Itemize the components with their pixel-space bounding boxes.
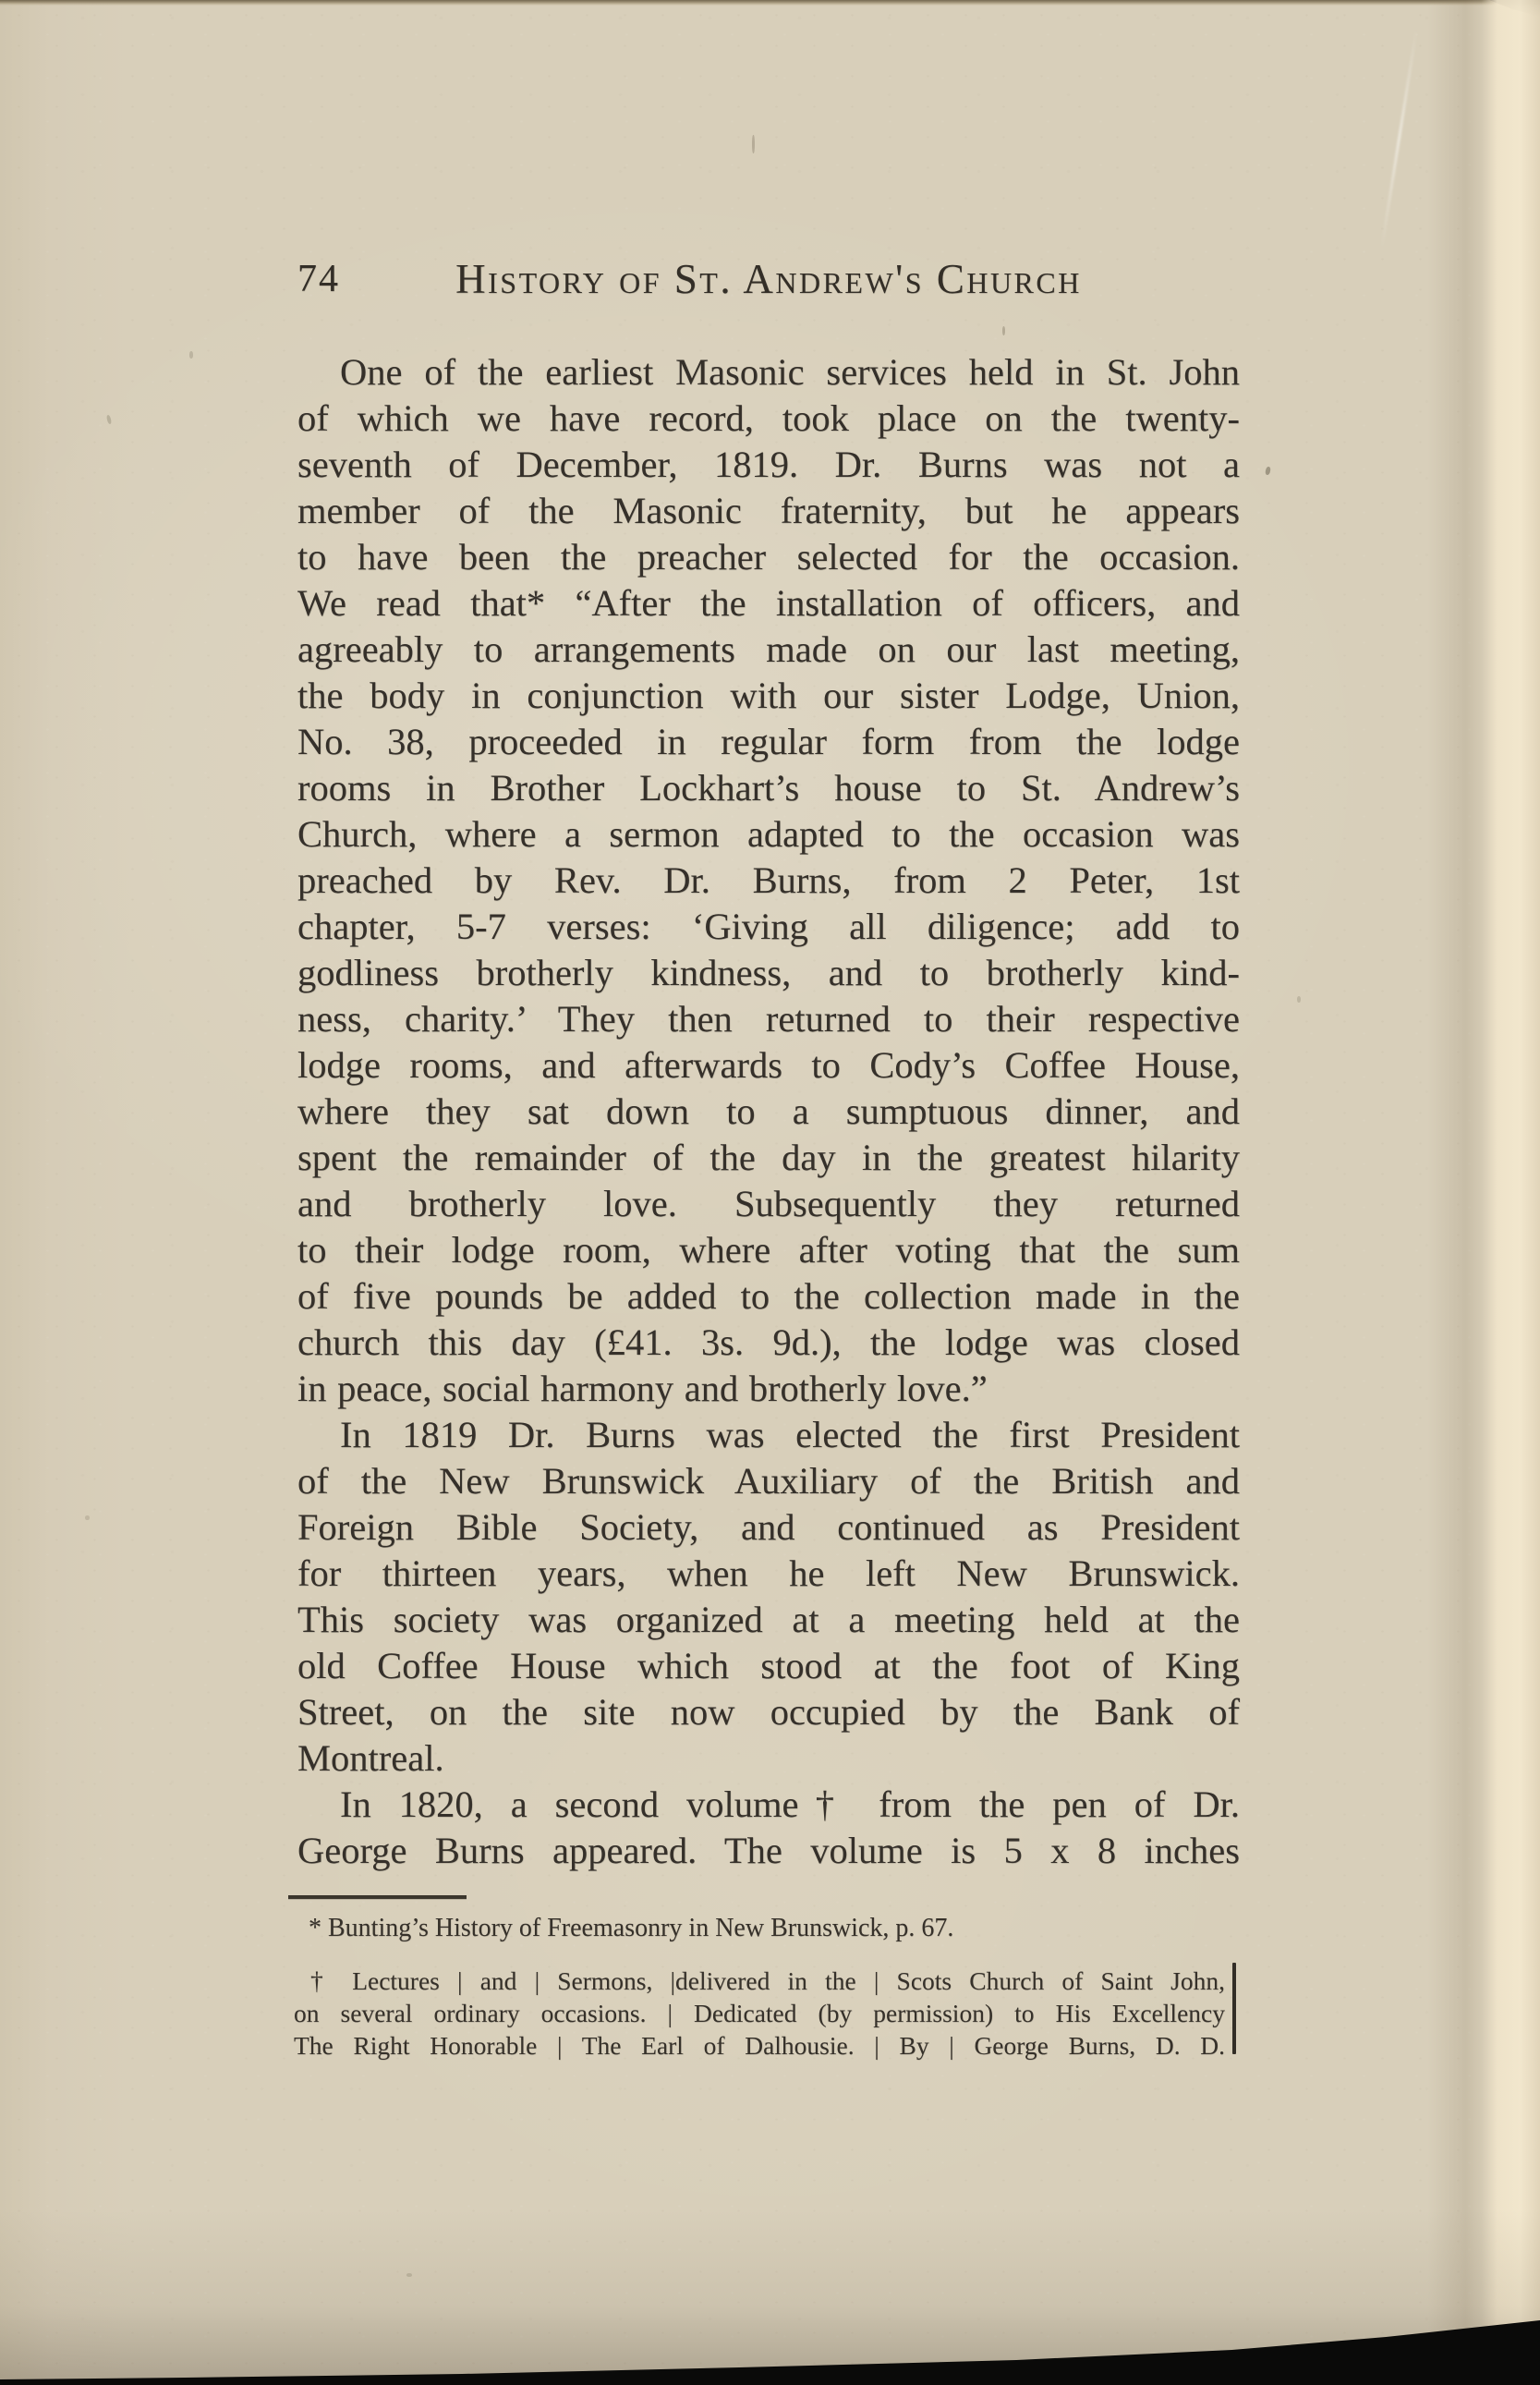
scanned-book-page: 74 History of St. Andrew's Church One of… bbox=[0, 0, 1540, 2385]
body-line: church this day (£41. 3s. 9d.), the lodg… bbox=[297, 1320, 1240, 1366]
body-line: chapter, 5-7 verses: ‘Giving all diligen… bbox=[297, 904, 1240, 950]
body-line: ness, charity.’ They then returned to th… bbox=[297, 996, 1240, 1042]
page-curl-edge bbox=[1427, 0, 1540, 2385]
footnote-2-line: The Right Honorable | The Earl of Dalhou… bbox=[294, 2029, 1225, 2062]
body-line: preached by Rev. Dr. Burns, from 2 Peter… bbox=[297, 858, 1240, 904]
body-line: of which we have record, took place on t… bbox=[297, 395, 1240, 442]
body-line: spent the remainder of the day in the gr… bbox=[297, 1135, 1240, 1181]
body-line: We read that* “After the installation of… bbox=[297, 580, 1240, 627]
body-line: and brotherly love. Subsequently they re… bbox=[297, 1181, 1240, 1227]
body-line: to their lodge room, where after voting … bbox=[297, 1227, 1240, 1273]
scan-speck bbox=[752, 135, 755, 153]
body-line: No. 38, proceeded in regular form from t… bbox=[297, 719, 1240, 765]
footnote-title-page-bar bbox=[1232, 1963, 1236, 2054]
scan-speck bbox=[1002, 326, 1005, 335]
body-line: of five pounds be added to the collectio… bbox=[297, 1273, 1240, 1320]
body-line: In 1820, a second volume† from the pen o… bbox=[297, 1782, 1240, 1828]
footnote-2-line: on several ordinary occasions. | Dedicat… bbox=[294, 1997, 1225, 2029]
body-line: seventh of December, 1819. Dr. Burns was… bbox=[297, 442, 1240, 488]
page-header: 74 History of St. Andrew's Church bbox=[297, 257, 1240, 301]
footnote-2-line: † Lectures | and | Sermons, |delivered i… bbox=[294, 1965, 1225, 1997]
body-line: in peace, social harmony and brotherly l… bbox=[297, 1366, 1240, 1412]
body-line: agreeably to arrangements made on our la… bbox=[297, 627, 1240, 673]
scan-speck bbox=[189, 351, 193, 359]
body-line: George Burns appeared. The volume is 5 x… bbox=[297, 1828, 1240, 1874]
body-line: In 1819 Dr. Burns was elected the first … bbox=[297, 1412, 1240, 1458]
scan-speck bbox=[1297, 996, 1301, 1003]
body-line: Church, where a sermon adapted to the oc… bbox=[297, 811, 1240, 858]
body-line: rooms in Brother Lockhart’s house to St.… bbox=[297, 765, 1240, 811]
body-line: Street, on the site now occupied by the … bbox=[297, 1689, 1240, 1735]
footnote-1: * Bunting’s History of Freemasonry in Ne… bbox=[309, 1913, 1242, 1944]
footnote-2: † Lectures | and | Sermons, |delivered i… bbox=[294, 1965, 1225, 2062]
body-line: to have been the preacher selected for t… bbox=[297, 534, 1240, 580]
scan-speck bbox=[85, 1515, 90, 1520]
body-line: member of the Masonic fraternity, but he… bbox=[297, 488, 1240, 534]
body-line: for thirteen years, when he left New Bru… bbox=[297, 1551, 1240, 1597]
body-line: This society was organized at a meeting … bbox=[297, 1597, 1240, 1643]
footnote-rule bbox=[288, 1895, 467, 1899]
body-line: One of the earliest Masonic services hel… bbox=[297, 349, 1240, 395]
body-line: godliness brotherly kindness, and to bro… bbox=[297, 950, 1240, 996]
running-title: History of St. Andrew's Church bbox=[297, 257, 1240, 301]
body-line: lodge rooms, and afterwards to Cody’s Co… bbox=[297, 1042, 1240, 1089]
body-line: Montreal. bbox=[297, 1735, 1240, 1782]
body-line: where they sat down to a sumptuous dinne… bbox=[297, 1089, 1240, 1135]
body-line: the body in conjunction with our sister … bbox=[297, 673, 1240, 719]
body-line: of the New Brunswick Auxiliary of the Br… bbox=[297, 1458, 1240, 1504]
body-text-block: One of the earliest Masonic services hel… bbox=[297, 349, 1240, 1874]
body-line: old Coffee House which stood at the foot… bbox=[297, 1643, 1240, 1689]
body-line: Foreign Bible Society, and continued as … bbox=[297, 1504, 1240, 1551]
scan-top-edge bbox=[0, 0, 1540, 6]
